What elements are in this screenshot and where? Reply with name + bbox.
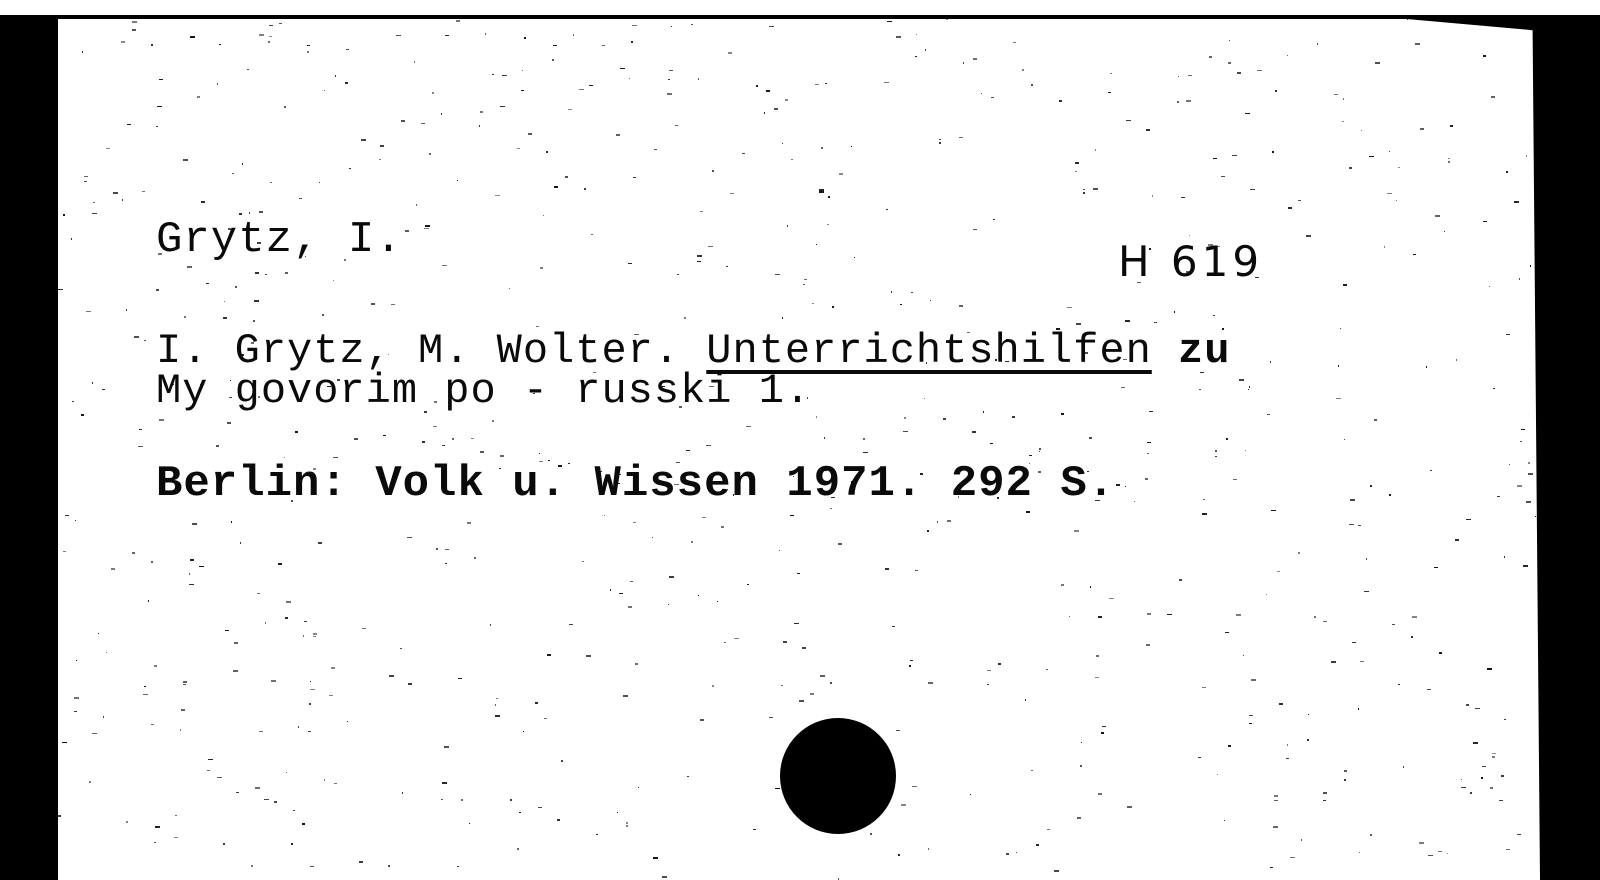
imprint: Berlin: Volk u. Wissen 1971. 292 S. (156, 459, 1115, 509)
catalog-card: Grytz, I. H 619 I. Grytz, M. Wolter. Unt… (58, 19, 1540, 880)
title-line-2: My govorim po - russki 1. (156, 367, 811, 415)
call-number: H 619 (1118, 237, 1263, 286)
author-heading: Grytz, I. (156, 215, 403, 265)
title-suffix: zu (1152, 327, 1231, 375)
punch-hole (780, 718, 896, 834)
